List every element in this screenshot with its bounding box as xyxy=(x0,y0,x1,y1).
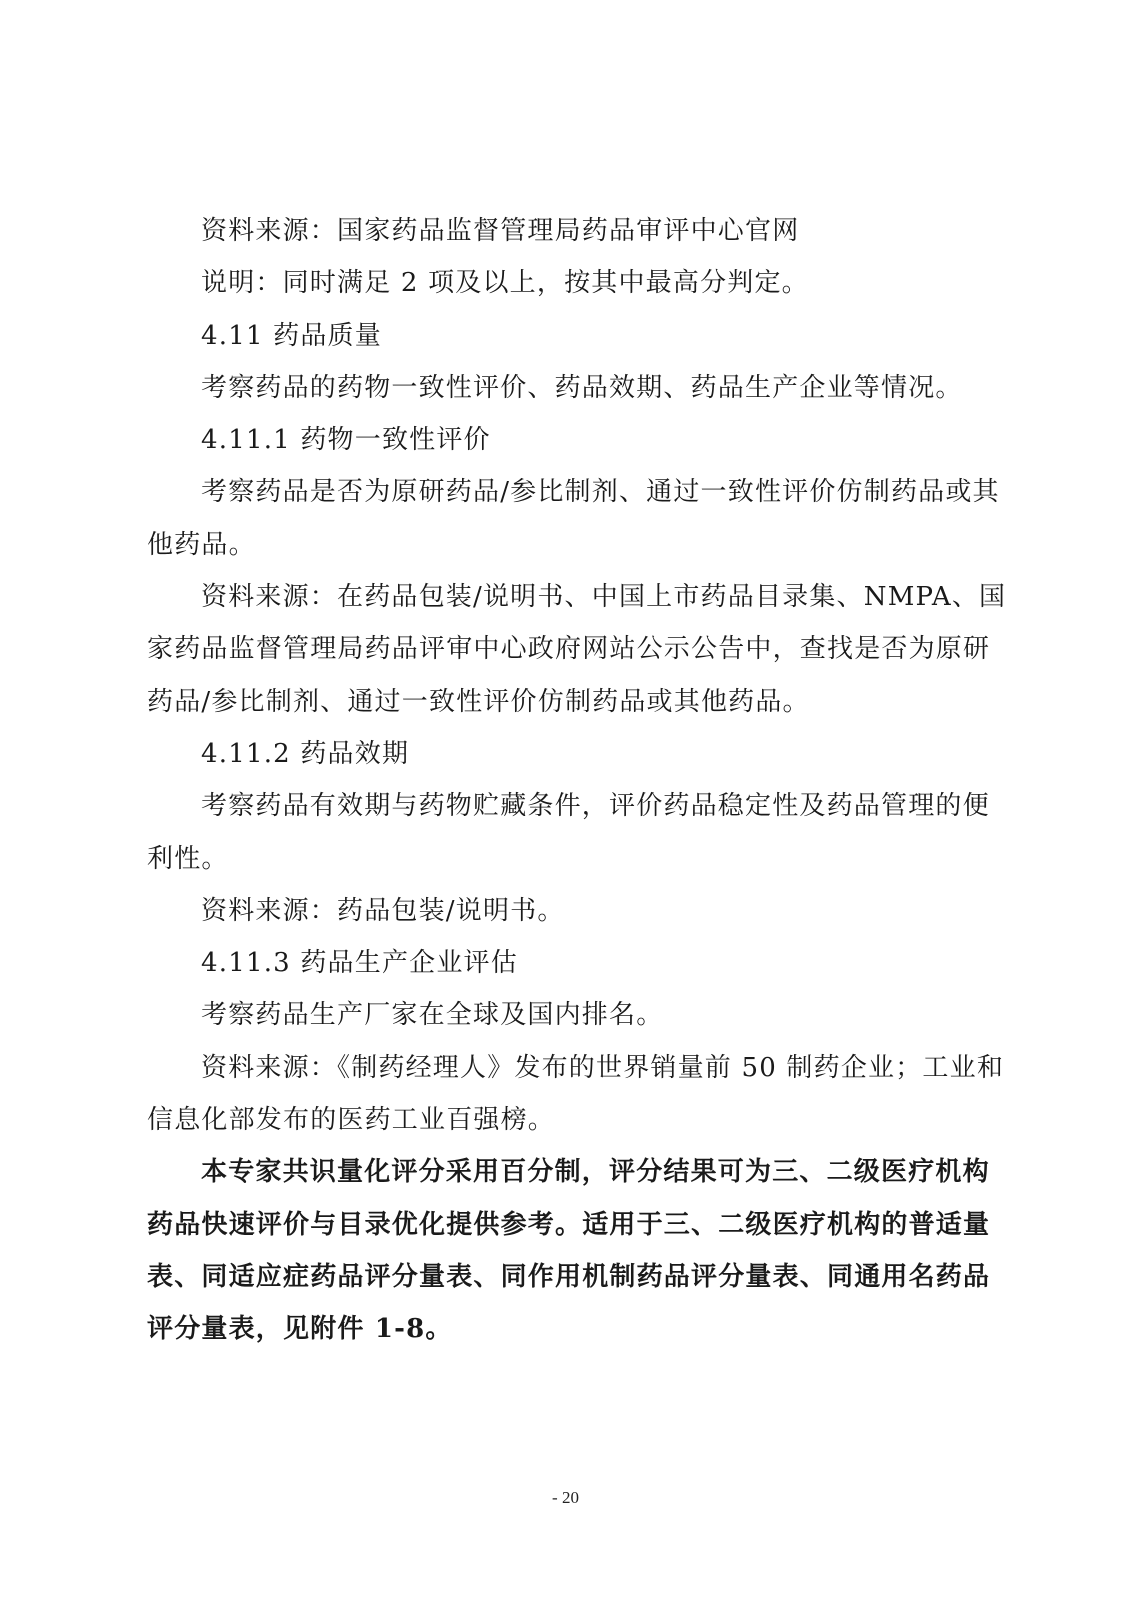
paragraph-line: 考察药品是否为原研药品/参比制剂、通过一致性评价仿制药品或其 xyxy=(147,466,962,518)
paragraph-line: 药品/参比制剂、通过一致性评价仿制药品或其他药品。 xyxy=(147,676,962,728)
source-note-line: 资料来源：《制药经理人》发布的世界销量前 50 制药企业；工业和 xyxy=(147,1042,962,1094)
source-note-line: 资料来源：在药品包装/说明书、中国上市药品目录集、NMPA、国 xyxy=(147,571,962,623)
section-description: 考察药品的药物一致性评价、药品效期、药品生产企业等情况。 xyxy=(147,362,962,414)
paragraph-line: 他药品。 xyxy=(147,519,962,571)
bold-summary-line: 表、同适应症药品评分量表、同作用机制药品评分量表、同通用名药品 xyxy=(147,1251,962,1303)
section-heading-4-11: 4.11 药品质量 xyxy=(147,310,962,362)
source-note-line: 资料来源：药品包装/说明书。 xyxy=(147,885,962,937)
paragraph-line: 考察药品生产厂家在全球及国内排名。 xyxy=(147,989,962,1041)
bold-summary-line: 药品快速评价与目录优化提供参考。适用于三、二级医疗机构的普适量 xyxy=(147,1199,962,1251)
subsection-heading-4-11-3: 4.11.3 药品生产企业评估 xyxy=(147,937,962,989)
source-note-line: 资料来源：国家药品监督管理局药品审评中心官网 xyxy=(147,205,962,257)
subsection-heading-4-11-1: 4.11.1 药物一致性评价 xyxy=(147,414,962,466)
paragraph-line: 考察药品有效期与药物贮藏条件，评价药品稳定性及药品管理的便 xyxy=(147,780,962,832)
bold-summary-line: 本专家共识量化评分采用百分制，评分结果可为三、二级医疗机构 xyxy=(147,1146,962,1198)
paragraph-line: 信息化部发布的医药工业百强榜。 xyxy=(147,1094,962,1146)
bold-summary-line: 评分量表，见附件 1-8。 xyxy=(147,1303,962,1355)
paragraph-line: 家药品监督管理局药品评审中心政府网站公示公告中，查找是否为原研 xyxy=(147,623,962,675)
paragraph-line: 利性。 xyxy=(147,833,962,885)
explanation-line: 说明：同时满足 2 项及以上，按其中最高分判定。 xyxy=(147,257,962,309)
page-number: - 20 xyxy=(0,1488,1131,1508)
document-body: 资料来源：国家药品监督管理局药品审评中心官网 说明：同时满足 2 项及以上，按其… xyxy=(147,205,962,1356)
subsection-heading-4-11-2: 4.11.2 药品效期 xyxy=(147,728,962,780)
